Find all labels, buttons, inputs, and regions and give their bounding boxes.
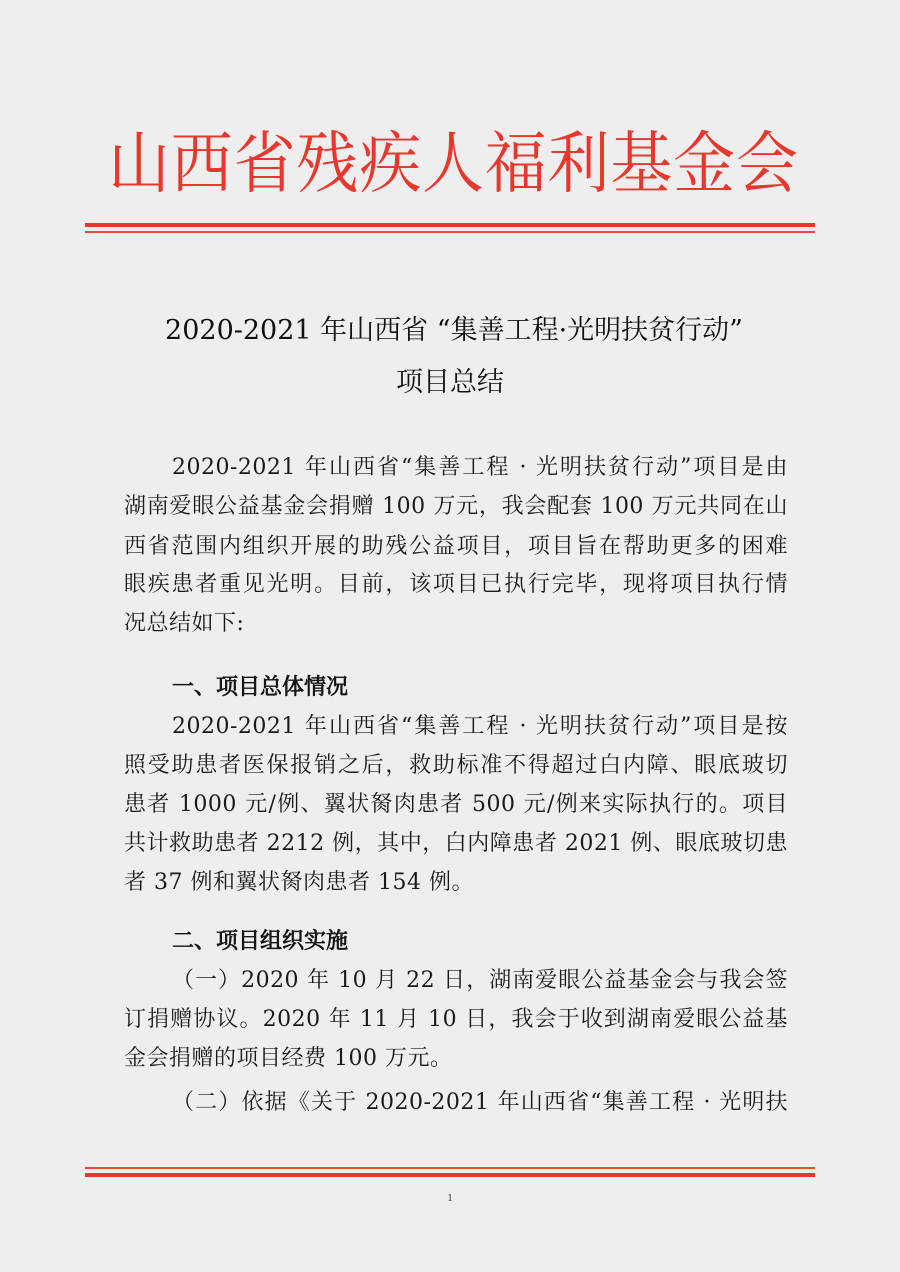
document-title: 2020-2021 年山西省 “集善工程·光明扶贫行动” [4,308,900,347]
letterhead-rule-thin [85,231,815,233]
letterhead-char: 福 [485,119,547,210]
letterhead-char: 残 [296,119,358,210]
paragraph-1-line: 眼疾患者重见光明。目前，该项目已执行完毕，现将项目执行情 [124,567,788,603]
section-heading-implementation: 二、项目组织实施 [172,924,348,960]
paragraph-2-line: 者 37 例和翼状胬肉患者 154 例。 [124,865,788,901]
letterhead-rule-thick [85,223,815,227]
document-page: 山 西 省 残 疾 人 福 利 基 金 会 2020-2021 年山西省 “集善… [0,0,900,1272]
paragraph-1-line: 况总结如下: [124,606,788,642]
page-number: 1 [0,1192,900,1204]
paragraph-1-line: 湖南爱眼公益基金会捐赠 100 万元，我会配套 100 万元共同在山 [124,489,788,525]
paragraph-2-line: 照受助患者医保报销之后，救助标准不得超过白内障、眼底玻切 [124,748,788,784]
letterhead-char: 金 [673,119,735,210]
paragraph-1-line: 西省范围内组织开展的助残公益项目，项目旨在帮助更多的困难 [124,529,788,565]
letterhead-char: 人 [422,119,484,210]
footer-rule-thin [85,1167,815,1169]
paragraph-2-line: 患者 1000 元/例、翼状胬肉患者 500 元/例来实际执行的。项目 [124,787,788,823]
letterhead-title: 山 西 省 残 疾 人 福 利 基 金 会 [108,122,798,206]
section-heading-overview: 一、项目总体情况 [172,670,348,706]
letterhead-char: 山 [108,119,170,210]
paragraph-4-line: （二）依据《关于 2020-2021 年山西省“集善工程 · 光明扶 [172,1085,788,1121]
footer-rule-thick [85,1173,815,1177]
letterhead-char: 利 [548,119,610,210]
paragraph-3-line: 订捐赠协议。2020 年 11 月 10 日，我会于收到湖南爱眼公益基 [124,1002,788,1038]
letterhead-char: 疾 [359,119,421,210]
paragraph-2-line: 2020-2021 年山西省“集善工程 · 光明扶贫行动”项目是按 [172,709,788,745]
paragraph-3-line: （一）2020 年 10 月 22 日，湖南爱眼公益基金会与我会签 [172,963,788,999]
letterhead-char: 基 [610,119,672,210]
letterhead-char: 会 [736,119,798,210]
document-subtitle: 项目总结 [0,360,900,399]
paragraph-1-line: 2020-2021 年山西省“集善工程 · 光明扶贫行动”项目是由 [172,450,788,486]
letterhead-char: 省 [234,119,296,210]
letterhead-char: 西 [171,119,233,210]
paragraph-2-line: 共计救助患者 2212 例，其中，白内障患者 2021 例、眼底玻切患 [124,826,788,862]
paragraph-3-line: 金会捐赠的项目经费 100 万元。 [124,1041,788,1077]
